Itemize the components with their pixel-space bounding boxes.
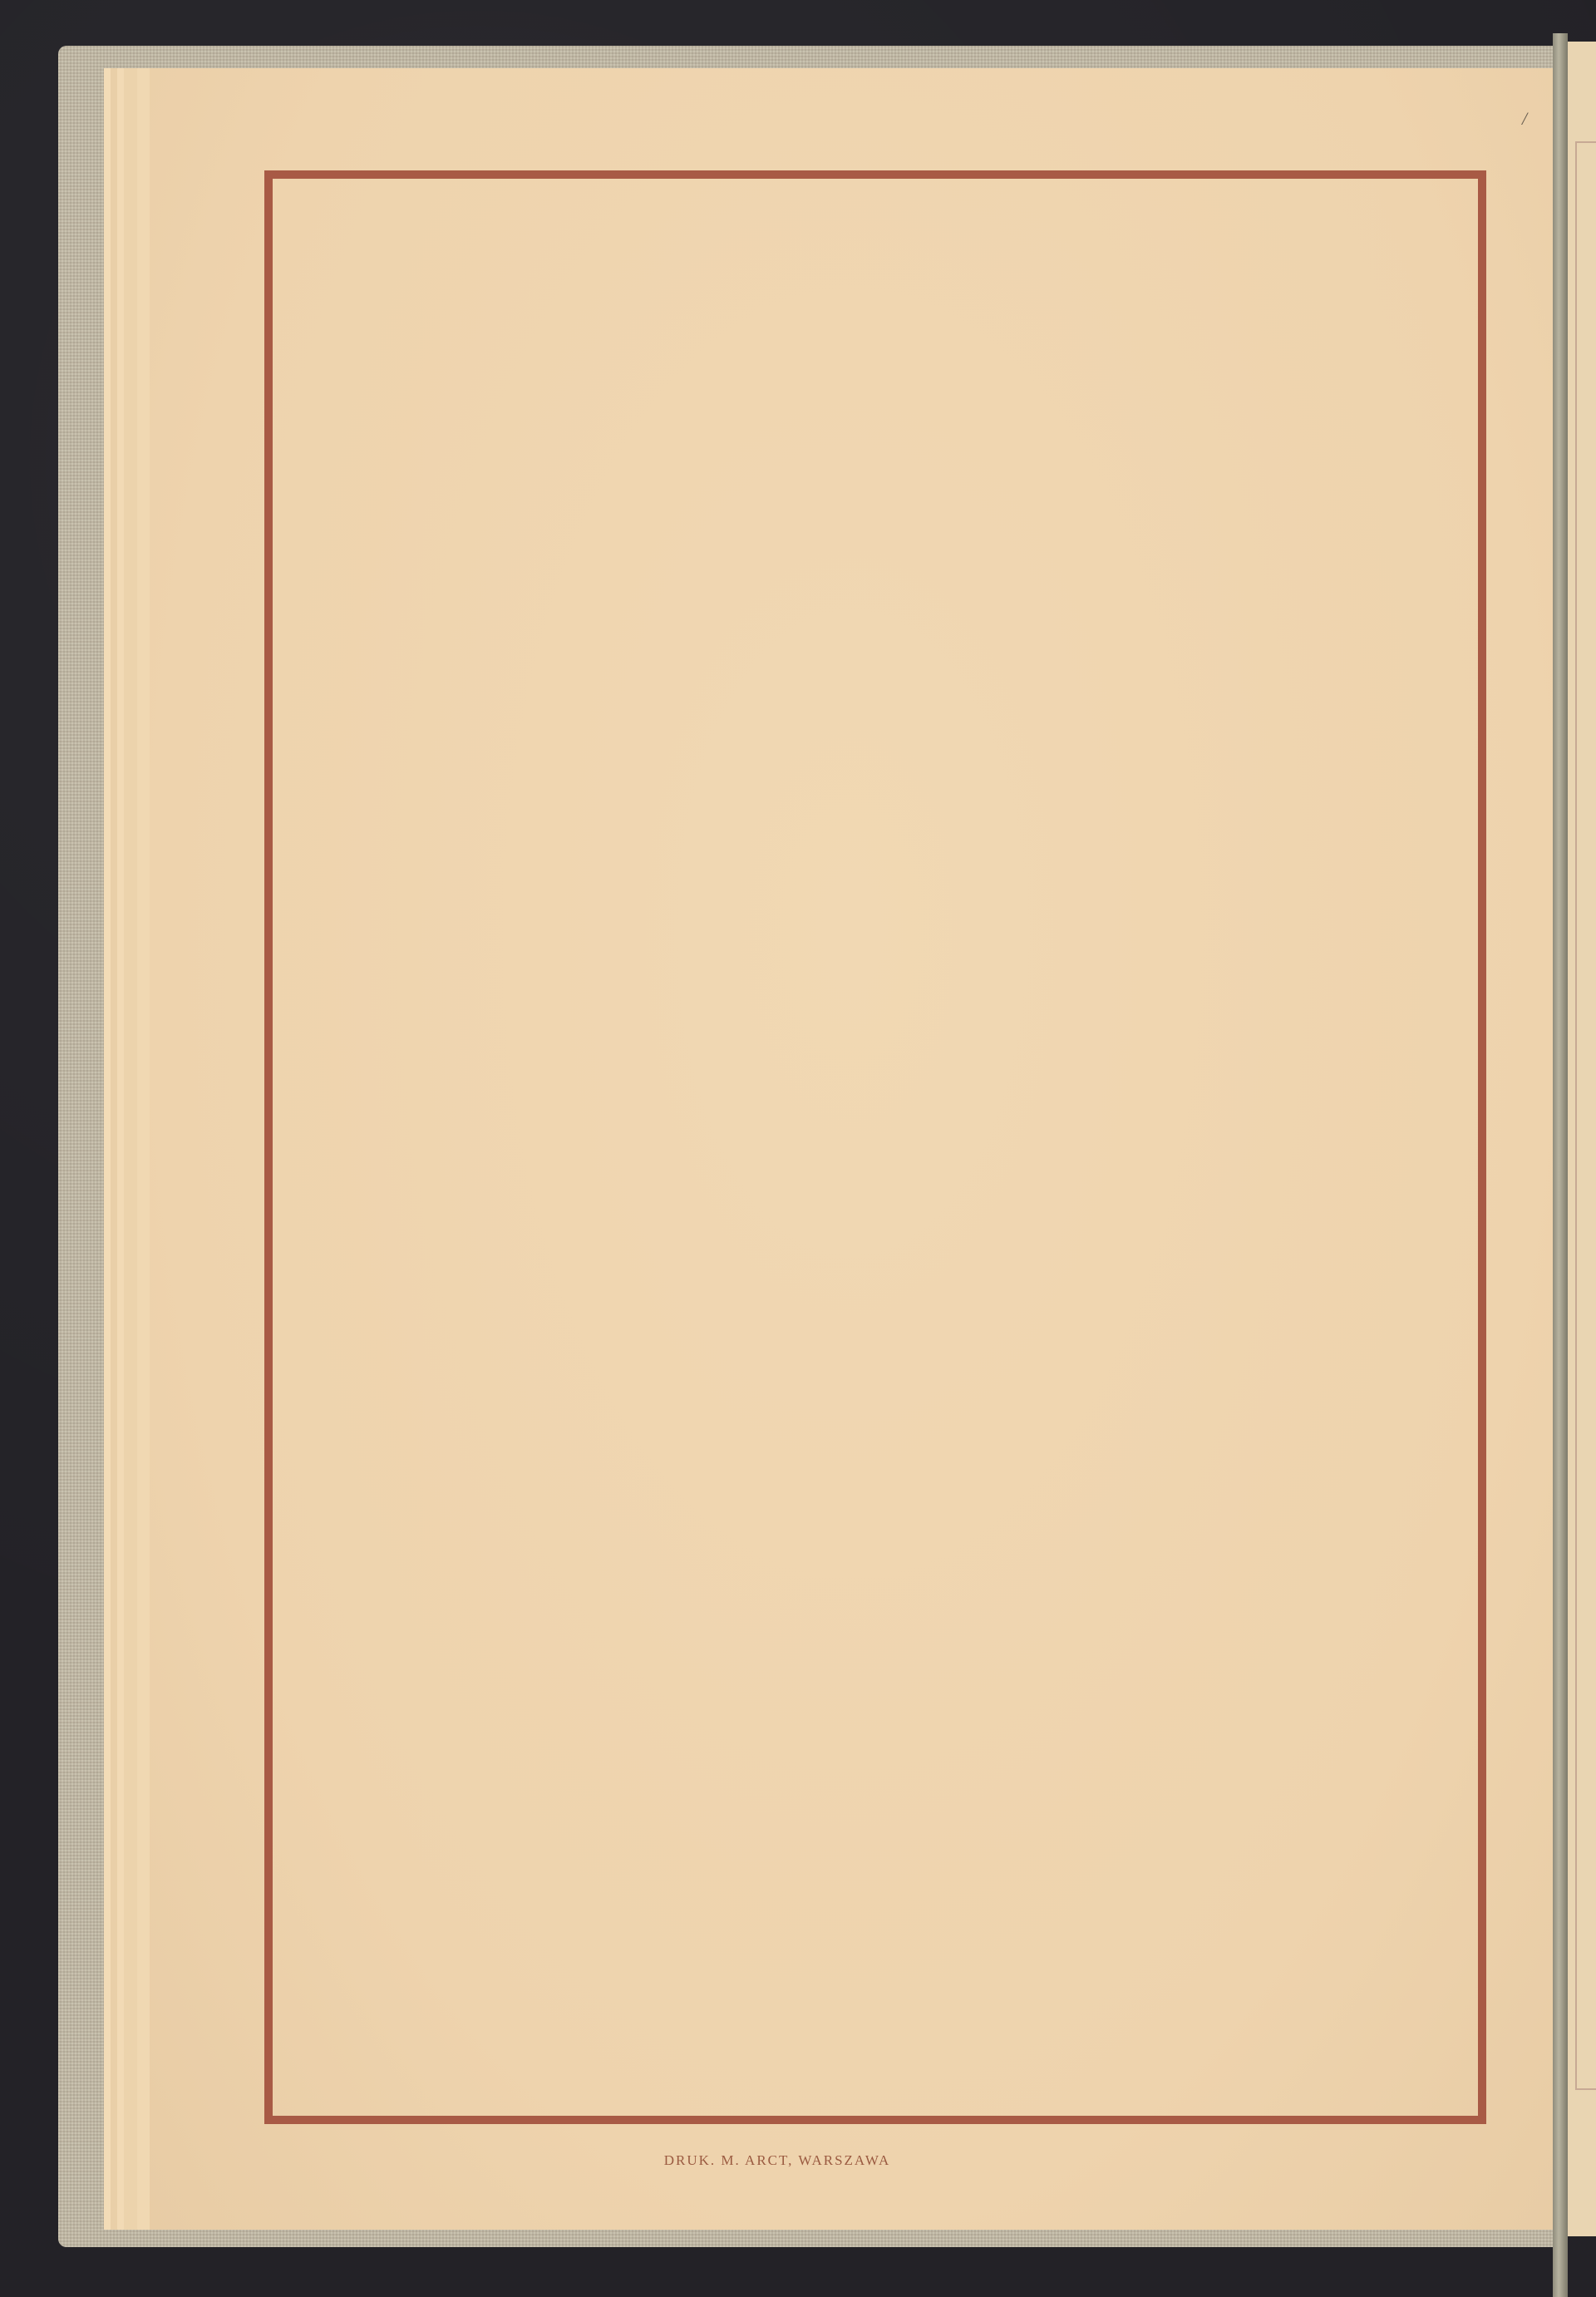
facing-page-ornament-border xyxy=(1575,141,1596,2090)
decorative-page-frame xyxy=(264,170,1486,2124)
pencil-mark: / xyxy=(1522,108,1527,130)
book-gutter xyxy=(1553,33,1568,2297)
printer-imprint: DRUK. M. ARCT, WARSZAWA xyxy=(0,2152,1596,2169)
